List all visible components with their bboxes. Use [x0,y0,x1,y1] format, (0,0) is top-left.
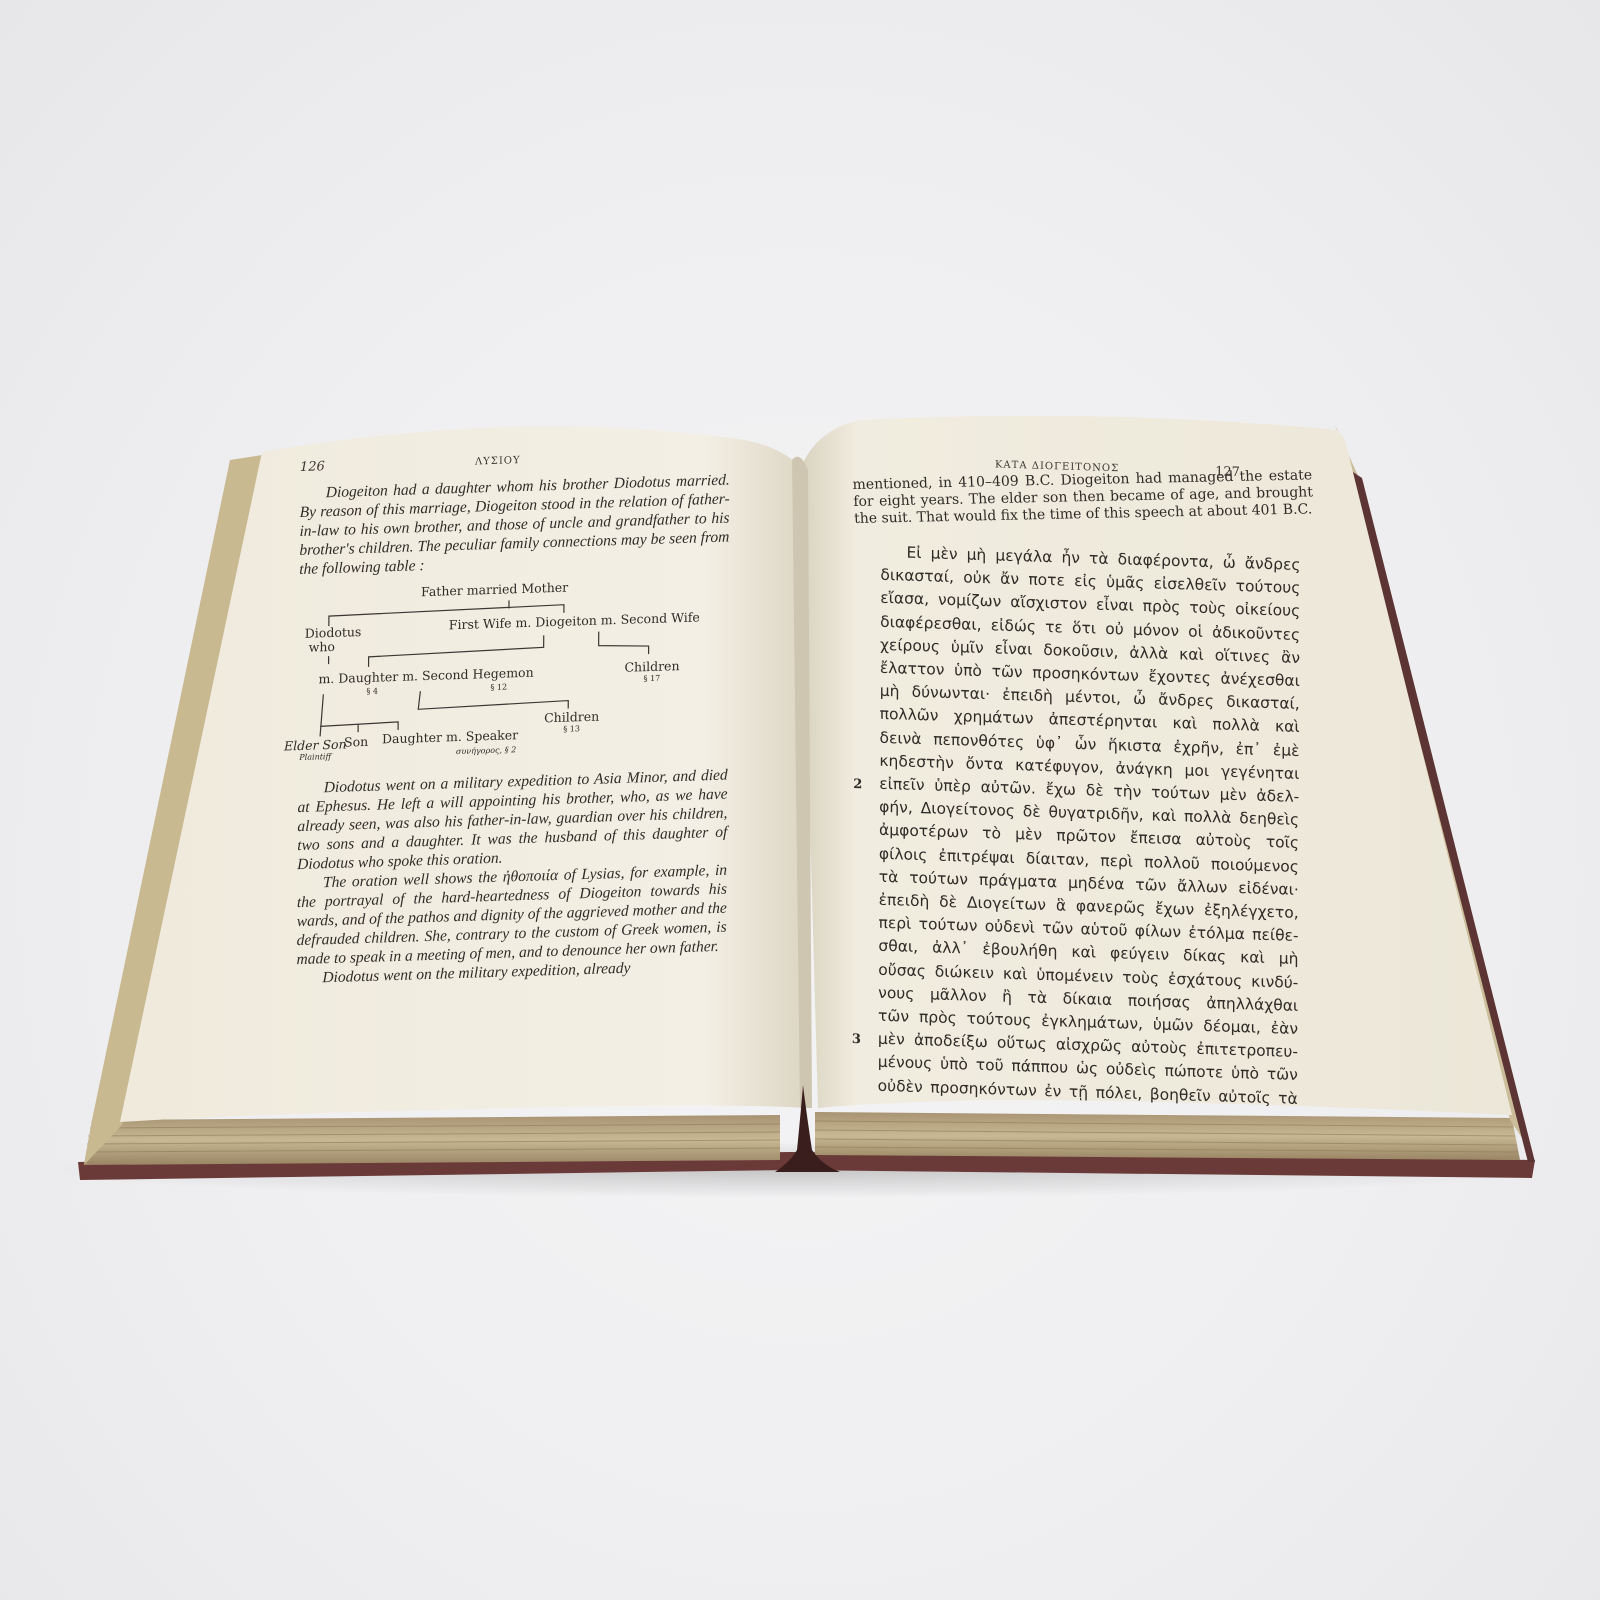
tree-node-children-hegemon: Children § 13 [544,710,599,735]
right-intro-paragraph: mentioned, in 410–409 B.C. Diogeiton had… [852,467,1314,528]
left-page: 126 ΛΥΣΙΟΥ Diogeiton had a daughter whom… [296,448,730,1062]
tree-daughter-ref: § 4 [366,685,378,699]
running-head-title-left: ΛΥΣΙΟΥ [475,455,521,467]
tree-hegemon-ref: § 12 [490,680,507,695]
page-number-left: 126 [300,459,325,475]
tree-children-ref: § 13 [544,724,599,735]
tree-node-elder-son: Elder Son Plaintiff [284,738,347,763]
tree-node-diodotus-who: who [309,640,335,655]
left-paragraph-2: Diodotus went on a military expedition t… [297,766,728,875]
tree-node-children-second-wife: Children § 17 [624,659,679,684]
tree-children-label: Children [624,658,679,675]
left-intro-paragraph: Diogeiton had a daughter whom his brothe… [299,470,730,579]
section-number: 2 [853,773,862,796]
tree-children-ref: § 17 [624,673,679,684]
tree-children-label: Children [544,709,599,726]
open-book [0,0,1600,1600]
tree-speaker-note: συνήγορος, § 2 [456,743,516,759]
photo-scene: 126 ΛΥΣΙΟΥ Diogeiton had a daughter whom… [0,0,1600,1600]
right-page-block-edge [815,1112,1520,1160]
tree-elder-son-label: Elder Son [284,737,347,754]
right-page: ΚΑΤΑ ΔΙΟΓΕΙΤΟΝΟΣ 127 mentioned, in 410–4… [852,455,1315,1089]
section-number: 3 [852,1028,861,1051]
left-page-block-edge [84,1115,780,1165]
family-tree: Father married Mother Diodotus who First… [298,574,729,770]
tree-node-son: Son [344,735,368,750]
left-paragraph-3: The oration well shows the ἠθοποιία of L… [296,861,727,970]
greek-text-block: Εἰ μὲν μὴ μεγάλα ἦν τὰ διαφέροντα, ὦ ἄνδ… [852,540,1315,1111]
